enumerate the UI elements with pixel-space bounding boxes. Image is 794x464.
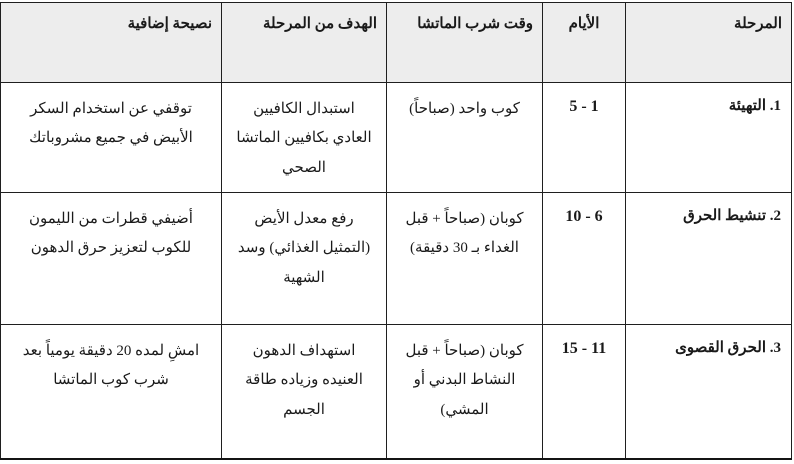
header-row: المرحلة الأيام وقت شرب الماتشا الهدف من …: [1, 3, 792, 83]
cell-extra-tip-3: امشِ لمده 20 دقيقة يومياً بعد شرب كوب ال…: [1, 325, 222, 459]
cell-extra-tip-2: أضيفي قطرات من الليمون للكوب لتعزيز حرق …: [1, 193, 222, 325]
cell-drink-time-1: كوب واحد (صباحاً): [387, 83, 543, 193]
header-extra-tip: نصيحة إضافية: [1, 3, 222, 83]
cell-stage-2: 2. تنشيط الحرق: [626, 193, 792, 325]
cell-goal-3: استهداف الدهون العنيده وزياده طاقة الجسم: [222, 325, 387, 459]
cell-days-2: 6 - 10: [543, 193, 626, 325]
document-page: المرحلة الأيام وقت شرب الماتشا الهدف من …: [0, 0, 794, 464]
header-drink-time: وقت شرب الماتشا: [387, 3, 543, 83]
cell-extra-tip-1: توقفي عن استخدام السكر الأبيض في جميع مش…: [1, 83, 222, 193]
cell-stage-1: 1. التهيئة: [626, 83, 792, 193]
cell-goal-1: استبدال الكافيين العادي بكافيين الماتشا …: [222, 83, 387, 193]
table-row: 3. الحرق القصوى 11 - 15 كوبان (صباحاً + …: [1, 325, 792, 459]
header-stage: المرحلة: [626, 3, 792, 83]
table-row: 2. تنشيط الحرق 6 - 10 كوبان (صباحاً + قب…: [1, 193, 792, 325]
header-days: الأيام: [543, 3, 626, 83]
cell-days-1: 1 - 5: [543, 83, 626, 193]
cell-drink-time-3: كوبان (صباحاً + قبل النشاط البدني أو الم…: [387, 325, 543, 459]
cell-goal-2: رفع معدل الأيض (التمثيل الغذائي) وسد الش…: [222, 193, 387, 325]
matcha-plan-table: المرحلة الأيام وقت شرب الماتشا الهدف من …: [0, 2, 792, 460]
table-row: 1. التهيئة 1 - 5 كوب واحد (صباحاً) استبد…: [1, 83, 792, 193]
cell-stage-3: 3. الحرق القصوى: [626, 325, 792, 459]
header-goal: الهدف من المرحلة: [222, 3, 387, 83]
cell-days-3: 11 - 15: [543, 325, 626, 459]
cell-drink-time-2: كوبان (صباحاً + قبل الغداء بـ 30 دقيقة): [387, 193, 543, 325]
